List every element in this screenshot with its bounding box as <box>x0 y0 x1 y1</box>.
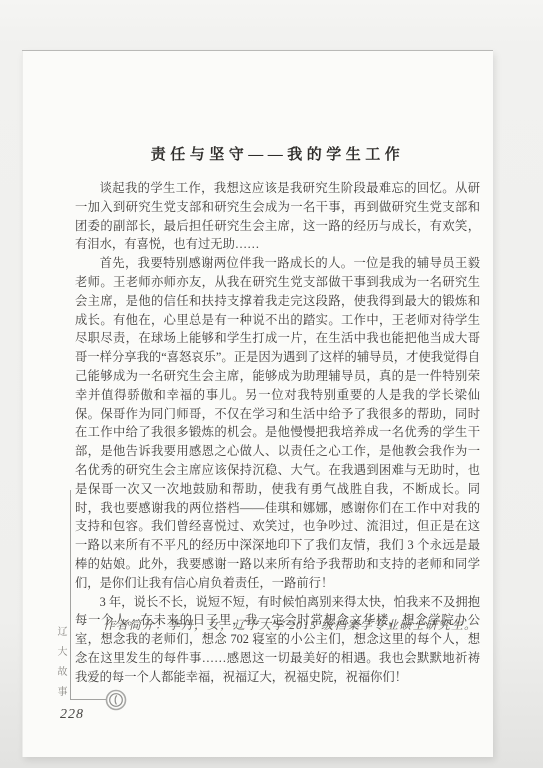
paragraph-thanks: 首先，我要特别感谢两位伴我一路成长的人。一位是我的辅导员王毅老师。王老师亦师亦友… <box>75 254 480 592</box>
paragraph-intro: 谈起我的学生工作，我想这应该是我研究生阶段最难忘的回忆。从研一加入到研究生党支部… <box>75 179 480 254</box>
margin-rule-vertical <box>70 490 71 700</box>
circle-ornament-icon <box>104 688 128 712</box>
article-body: 谈起我的学生工作，我想这应该是我研究生阶段最难忘的回忆。从研一加入到研究生党支部… <box>75 179 480 687</box>
series-title-vertical: 辽大故事 <box>53 626 68 706</box>
paragraph-farewell: 3 年，说长不长，说短不短，有时候怕离别来得太快，怕我来不及拥抱每一个人。在未来… <box>75 593 480 687</box>
page-number: 228 <box>60 707 84 723</box>
margin-rule-horizontal <box>70 699 107 700</box>
author-note: 作者简介：李丹，女，辽宁大学 2015 级档案学专业硕士研究生。 <box>103 616 480 633</box>
book-page: 责任与坚守——我的学生工作 谈起我的学生工作，我想这应该是我研究生阶段最难忘的回… <box>22 51 493 757</box>
article-title: 责任与坚守——我的学生工作 <box>75 143 480 164</box>
